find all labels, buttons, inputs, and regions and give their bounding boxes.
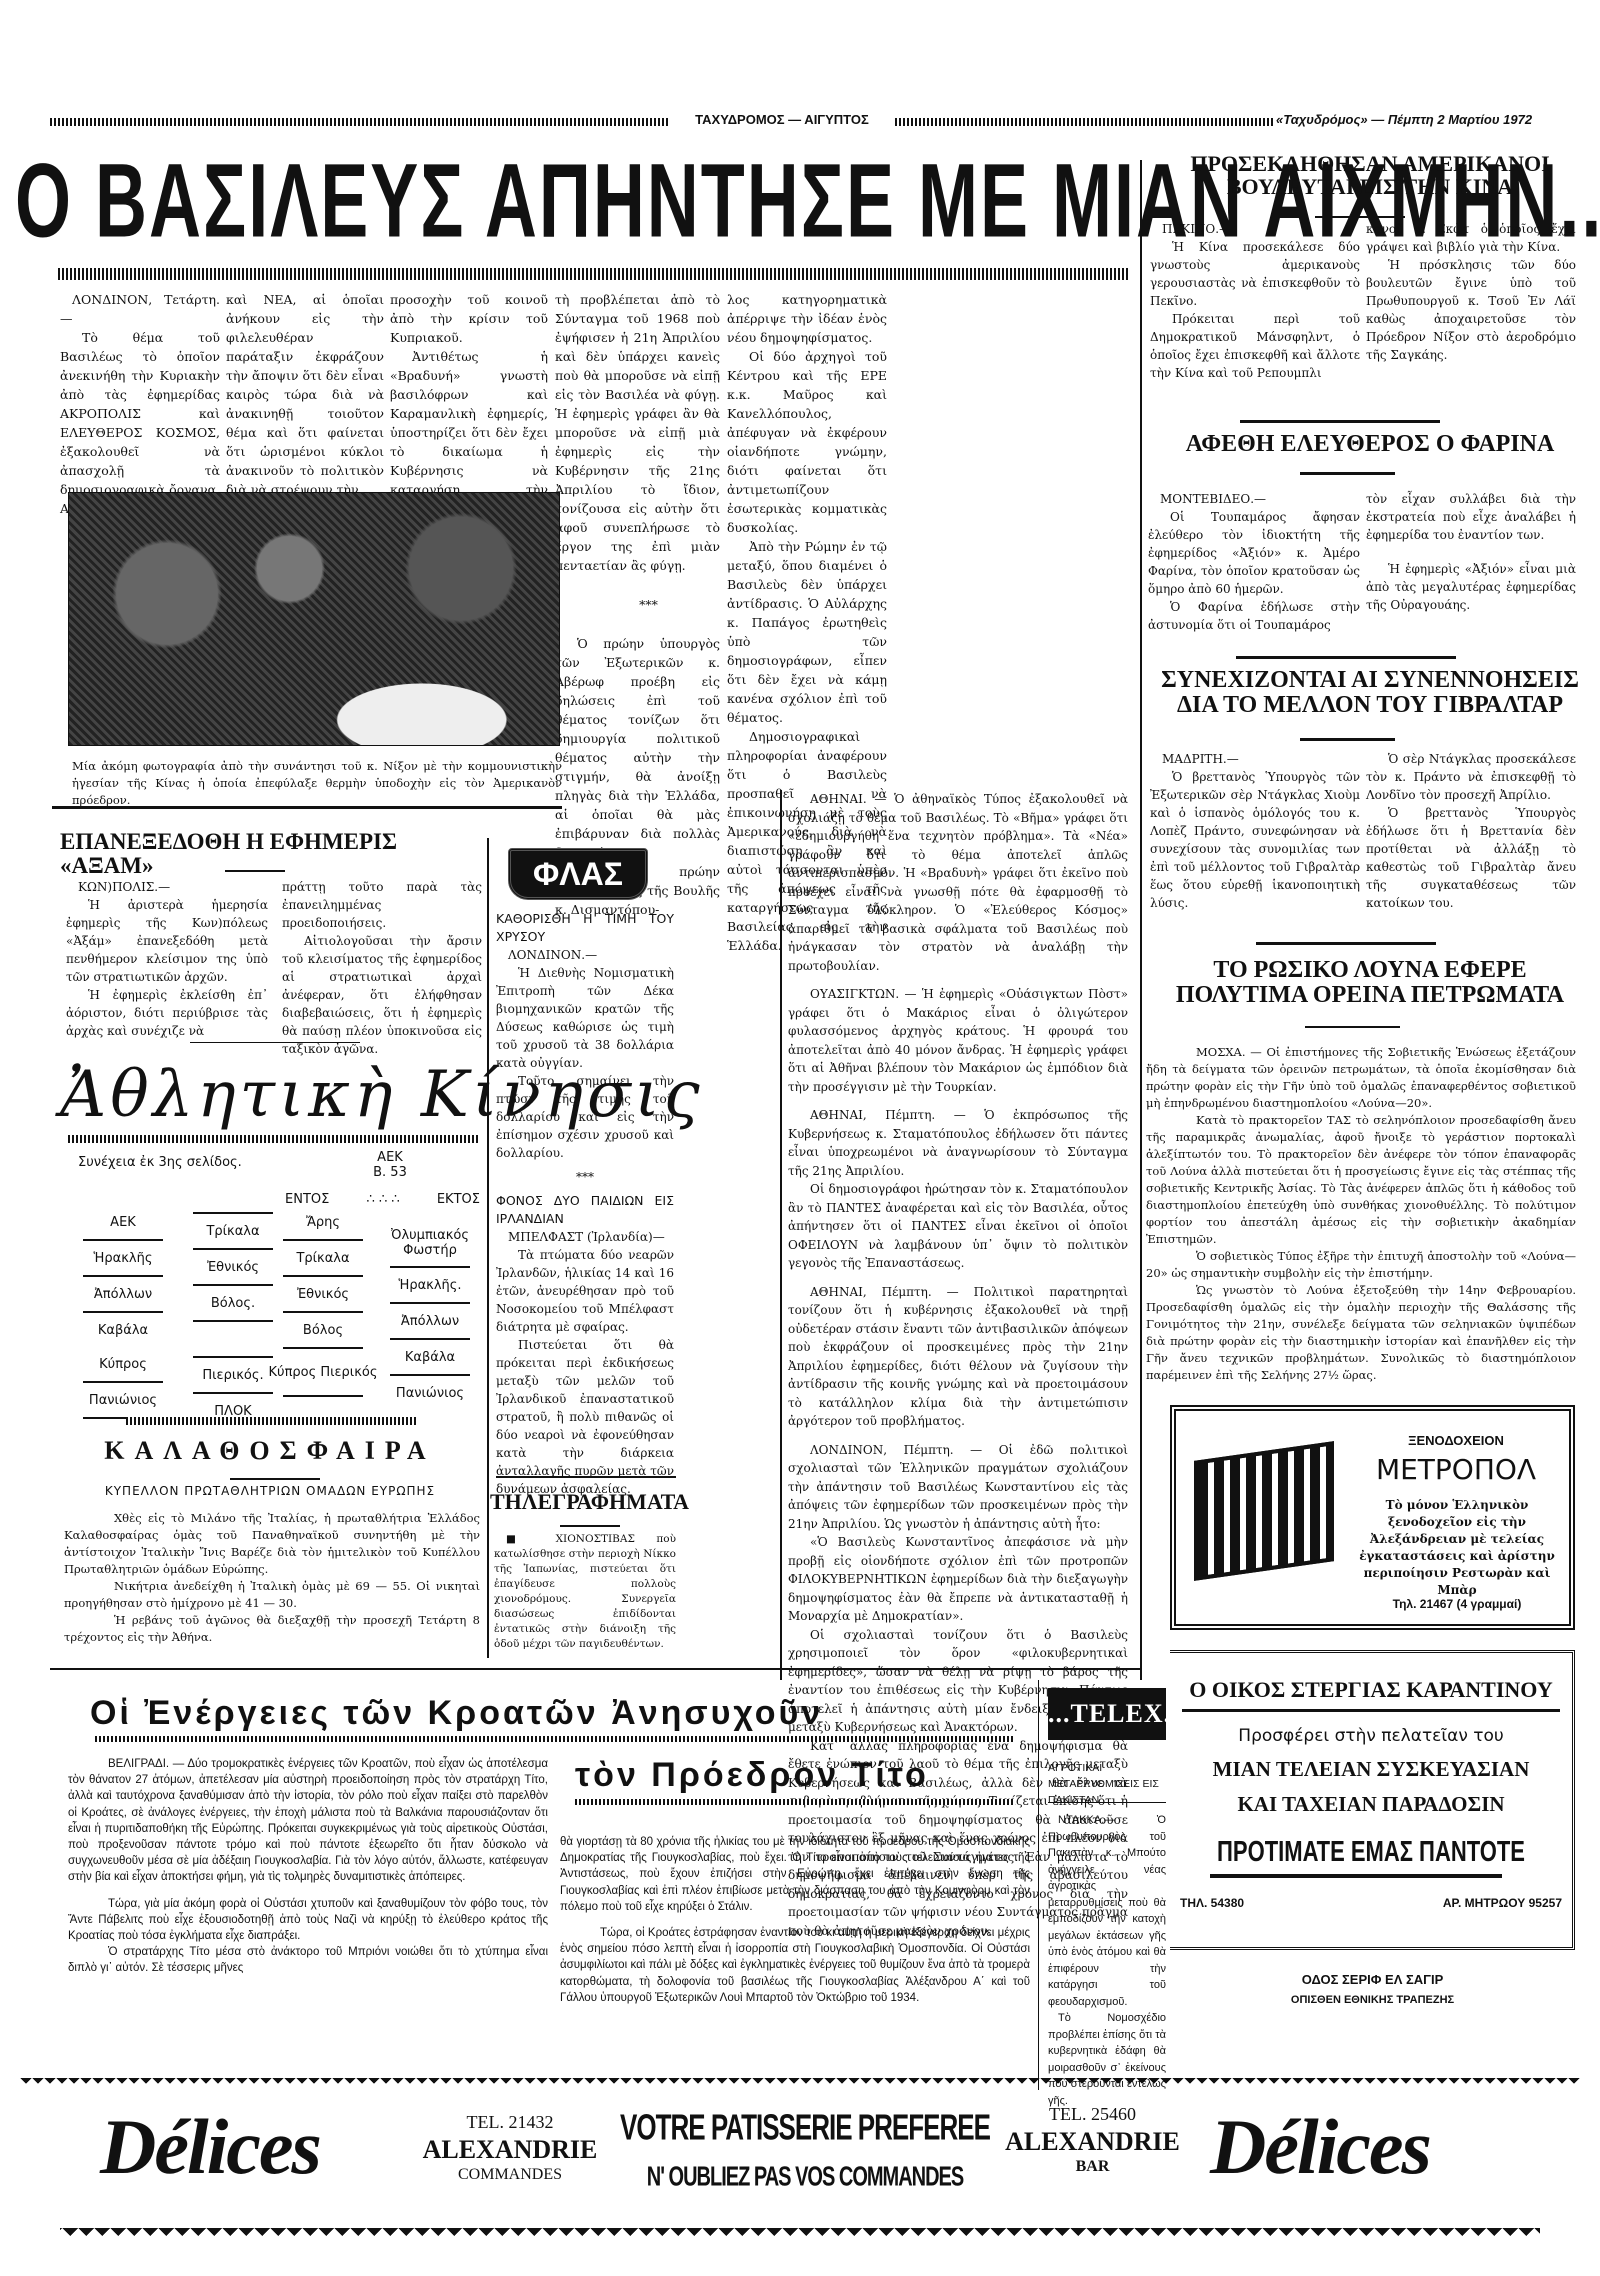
axam-end-rule	[190, 1042, 360, 1043]
roundup-divider	[780, 790, 782, 1680]
lead-col-4: τὴ προβλέπεται ἀπὸ τὸ Σύνταγμα τοῦ 1968 …	[555, 290, 720, 919]
karantinos-slogan-rule	[1210, 1874, 1502, 1878]
farina-end-rule	[1236, 656, 1456, 659]
team-cell: Ἀπόλλων	[68, 1277, 178, 1311]
karantinos-slogan: ΠΡΟΤΙΜΑΤΕ ΕΜΑΣ ΠΑΝΤΟΤΕ	[1170, 1835, 1572, 1869]
sports-column-4: Ὀλυμπιακός Φωστήρ Ἡρακλῆς. Ἀπόλλων Καβάλ…	[375, 1220, 485, 1410]
farina-headline: ΑΦΕΘΗ ΕΛΕΥΘΕΡΟΣ Ο ΦΑΡΙΝΑ	[1150, 432, 1590, 457]
telegrams-headline-rule	[560, 1525, 620, 1527]
karantinos-address: ΟΔΟΣ ΣΕΡΙΦ ΕΛ ΣΑΓΙΡ	[1170, 1972, 1575, 1988]
croats-headline-2: τὸν Πρόεδρον Τίτο	[575, 1756, 929, 1795]
croats-top-rule	[50, 1668, 1140, 1670]
team-cell: Βόλος	[268, 1313, 378, 1347]
hotel-description: Τὸ μόνον Ἑλληνικὸν ξενοδοχεῖον εἰς τὴν Ἀ…	[1348, 1497, 1566, 1599]
karantinos-line1: Προσφέρει στὴν πελατεῖαν του	[1170, 1726, 1572, 1746]
farina-rule	[1300, 472, 1395, 475]
delices-top-border	[20, 2078, 1580, 2090]
croats-headline-1: Οἱ Ἐνέργειες τῶν Κροατῶν Ἀνησυχοῦν	[90, 1694, 823, 1733]
flash-divider	[488, 838, 489, 1658]
axam-col-1: ΚΩΝ)ΠΟΛΙΣ.— Ἡ ἀριστερὰ ἡμερησία ἐφημερὶς…	[66, 878, 268, 1040]
china-col-2: κανοῦ κ. Σκὼτ ὁ ὁποῖος ἔχει γράψει καὶ β…	[1366, 220, 1576, 364]
ireland-headline: ΦΟΝΟΣ ΔΥΟ ΠΑΙΔΙΩΝ ΕΙΣ ΙΡΛΑΝΔΙΑΝ	[496, 1192, 674, 1228]
team-cell: Κύπρος Πιερικός	[268, 1349, 378, 1395]
karantinos-line3: ΚΑΙ ΤΑΧΕΙΑΝ ΠΑΡΑΔΟΣΙΝ	[1170, 1792, 1572, 1817]
basketball-title-rule	[230, 1478, 320, 1480]
luna-headline: ΤΟ ΡΩΣΙΚΟ ΛΟΥΝΑ ΕΦΕΡΕ ΠΟΛΥΤΙΜΑ ΟΡΕΙΝΑ ΠΕ…	[1160, 958, 1580, 1008]
axam-rule	[225, 870, 285, 872]
masthead-rule-right	[895, 118, 1275, 126]
masthead-rule-left	[50, 118, 670, 126]
lead-col-1: ΛΟΝΔΙΝΟΝ, Τετάρτη.— Τὸ θέμα τοῦ Βασιλέως…	[60, 290, 220, 518]
croats-headline-2-rule	[575, 1799, 1015, 1805]
telegrams-rule	[496, 1476, 676, 1478]
team-cell: Ὀλυμπιακός Φωστήρ	[375, 1220, 485, 1266]
gibraltar-col-2: Ὁ σὲρ Ντάγκλας προσεκάλεσε τὸν κ. Πράντο…	[1366, 750, 1576, 912]
gibraltar-headline: ΣΥΝΕΧΙΖΟΝΤΑΙ ΑΙ ΣΥΝΕΝΝΟΗΣΕΙΣ ΔΙΑ ΤΟ ΜΕΛΛ…	[1150, 668, 1590, 718]
basketball-title: ΚΑΛΑΘΟΣΦΑΙΡΑ	[60, 1436, 480, 1466]
team-cell: ΑΕΚ	[68, 1205, 178, 1239]
team-cell: Ἐθνικός	[268, 1277, 378, 1311]
photo-rule	[52, 806, 562, 809]
team-cell: Ἀπόλλων	[375, 1304, 485, 1338]
team-cell: Πανιώνιος	[68, 1383, 178, 1417]
farina-col-1: ΜΟΝΤΕΒΙΔΕΟ.— Οἱ Τουπαμάρος ἄφησαν ἐλεύθε…	[1148, 490, 1360, 634]
gibraltar-rule	[1300, 738, 1395, 741]
team-cell: Ἡρακλῆς.	[375, 1268, 485, 1302]
team-cell: Καβάλα	[375, 1340, 485, 1374]
lead-col-2: καὶ ΝΕΑ, αἱ ὁποῖαι ἀνήκουν εἰς τὴν φιλελ…	[226, 290, 384, 499]
delices-left-contact: TEL. 21432 ALEXANDRIE COMMANDES	[405, 2112, 615, 2184]
telex-logo: ...TELEX.	[1048, 1688, 1166, 1740]
karantinos-contacts: ΤΗΛ. 54380 ΑΡ. ΜΗΤΡΩΟΥ 95257	[1180, 1896, 1562, 1910]
lead-col-3: προσοχὴν τοῦ κοινοῦ ἀπὸ τὴν κρίσιν τοῦ Κ…	[390, 290, 548, 518]
telegrams-headline: ΤΗΛΕΓΡΑΦΗΜΑΤΑ	[490, 1490, 685, 1513]
team-cell: Πανιώνιος	[375, 1376, 485, 1410]
delices-center-text: VOTRE PATISSERIE PREFEREE N' OUBLIEZ PAS…	[620, 2112, 990, 2189]
basketball-body: Χθὲς εἰς τὸ Μιλάνο τῆς Ἰταλίας, ἡ πρωταθ…	[64, 1510, 480, 1646]
team-cell: Τρίκαλα	[268, 1241, 378, 1275]
sports-column-3: Ἄρης Τρίκαλα Ἐθνικός Βόλος Κύπρος Πιερικ…	[268, 1205, 378, 1397]
delices-logo-left: Délices	[100, 2102, 320, 2192]
basketball-subtitle: ΚΥΠΕΛΛΟΝ ΠΡΩΤΑΘΛΗΤΡΙΩΝ ΟΜΑΔΩΝ ΕΥΡΩΠΗΣ	[60, 1484, 480, 1498]
axam-col-2: πράττῃ τοῦτο παρὰ τὰς ἐπανειλημμένας προ…	[282, 878, 482, 1058]
delices-logo-right: Délices	[1210, 2102, 1430, 2192]
china-rule	[1315, 216, 1405, 218]
china-end-rule	[1240, 420, 1440, 423]
china-headline: ΠΡΟΣΕΚΛΗΘΗΣΑΝ ΑΜΕΡΙΚΑΝΟΙ ΒΟΥΛΕΥΤΑΙ ΕΙΣ Τ…	[1150, 152, 1590, 198]
luna-body: ΜΟΣΧΑ. — Οἱ ἐπιστήμονες τῆς Σοβιετικῆς Ἑ…	[1146, 1044, 1576, 1384]
sports-header-team: ΑΕΚ Β. 53	[355, 1150, 425, 1180]
farina-col-2: τὸν εἶχαν συλλάβει διὰ τὴν ἐκστρατεία πο…	[1366, 490, 1576, 614]
flash-column: ΚΑΘΟΡΙΣΘΗ Η ΤΙΜΗ ΤΟΥ ΧΡΥΣΟΥ ΛΟΝΔΙΝΟΝ.— Ἡ…	[496, 910, 674, 1498]
team-cell: Ἄρης	[268, 1205, 378, 1239]
telex-headline: ΑΓΡΟΤΙΚΑΙ ΜΕΤΑΡΡΥΘΜΙΣΕΙΣ ΕΙΣ ΠΑΚΙΣΤΑΝ	[1048, 1760, 1166, 1808]
telex-divider	[1038, 1680, 1039, 2090]
telex-rule	[1048, 1802, 1166, 1803]
nixon-china-photo	[68, 492, 560, 746]
telex-body: ΝΤΑΚΚΑ.— Ὁ Πρωθυπουργὸς τοῦ Πακιστὰν κ. …	[1048, 1812, 1166, 2109]
croats-col-2: θὰ γιορτάσῃ τὰ 80 χρόνια τῆς ἡλικίας του…	[560, 1834, 1030, 2006]
lead-headline-rule	[58, 268, 1128, 280]
hotel-phone: Τηλ. 21467 (4 γραμμαί)	[1348, 1597, 1566, 1611]
photo-caption: Μία ἀκόμη φωτογραφία ἀπὸ τὴν συνάντησι τ…	[72, 758, 562, 809]
flash-separator: ***	[496, 1168, 674, 1186]
karantinos-registry: ΑΡ. ΜΗΤΡΩΟΥ 95257	[1443, 1896, 1562, 1910]
china-col-1: ΠΕΚΙΝΟ.— Ἡ Κίνα προσεκάλεσε δύο γνωστοὺς…	[1150, 220, 1360, 382]
sports-continued: Συνέχεια ἐκ 3ης σελίδος.	[78, 1155, 242, 1170]
karantinos-phone: ΤΗΛ. 54380	[1180, 1896, 1244, 1910]
karantinos-title-rule	[1182, 1709, 1560, 1712]
gold-headline: ΚΑΘΟΡΙΣΘΗ Η ΤΙΜΗ ΤΟΥ ΧΡΥΣΟΥ	[496, 910, 674, 946]
karantinos-line2: ΜΙΑΝ ΤΕΛΕΙΑΝ ΣΥΣΚΕΥΑΣΙΑΝ	[1170, 1757, 1572, 1782]
luna-rule	[1305, 1026, 1400, 1028]
team-cell: Ἡρακλῆς	[68, 1241, 178, 1275]
gibraltar-end-rule	[1256, 942, 1436, 945]
delices-right-contact: TEL. 25460 ALEXANDRIE BAR	[990, 2104, 1195, 2176]
karantinos-title: Ο ΟΙΚΟΣ ΣΤΕΡΓΙΑΣ ΚΑΡΑΝΤΙΝΟΥ	[1170, 1677, 1572, 1703]
sports-column-1: ΑΕΚ Ἡρακλῆς Ἀπόλλων Καβάλα Κύπρος Πανιών…	[68, 1205, 178, 1419]
delices-bottom-border	[60, 2228, 1540, 2244]
right-column-divider	[1140, 160, 1142, 1680]
masthead-section: ΤΑΧΥΔΡΟΜΟΣ — ΑΙΓΥΠΤΟΣ	[672, 112, 892, 127]
karantinos-ad: Ο ΟΙΚΟΣ ΣΤΕΡΓΙΑΣ ΚΑΡΑΝΤΙΝΟΥ Προσφέρει στ…	[1170, 1650, 1575, 1950]
hotel-label: ΞΕΝΟΔΟΧΕΙΟΝ	[1346, 1433, 1566, 1449]
team-cell: Καβάλα	[68, 1313, 178, 1347]
karantinos-landmark: ΟΠΙΣΘΕΝ ΕΘΝΙΚΗΣ ΤΡΑΠΕΖΗΣ	[1170, 1994, 1575, 2007]
masthead-date: «Ταχυδρόμος» — Πέμπτη 2 Μαρτίου 1972	[1276, 112, 1576, 127]
croats-col-1: ΒΕΛΙΓΡΑΔΙ. — Δύο τρομοκρατικὲς ἐνέργειες…	[68, 1756, 548, 1977]
sports-rule	[68, 1135, 478, 1143]
hotel-name: ΜΕΤΡΟΠΟΛ	[1346, 1453, 1566, 1486]
croats-headline-rule	[95, 1736, 1015, 1742]
basketball-rule	[126, 1417, 416, 1425]
hotel-metropol-ad: ΞΕΝΟΔΟΧΕΙΟΝ ΜΕΤΡΟΠΟΛ Τὸ μόνον Ἑλληνικὸν …	[1170, 1405, 1575, 1630]
gibraltar-col-1: ΜΑΔΡΙΤΗ.— Ὁ βρεττανὸς Ὑπουργὸς τῶν Ἐξωτε…	[1150, 750, 1360, 912]
telegrams-body: ■ ΧΙΟΝΟΣΤΙΒΑΣ ποὺ κατωλίσθησε στὴν περιο…	[494, 1532, 676, 1652]
hotel-building-icon	[1194, 1441, 1334, 1581]
flas-logo: ΦΛΑΣ	[508, 848, 648, 900]
team-cell: Κύπρος	[68, 1347, 178, 1381]
